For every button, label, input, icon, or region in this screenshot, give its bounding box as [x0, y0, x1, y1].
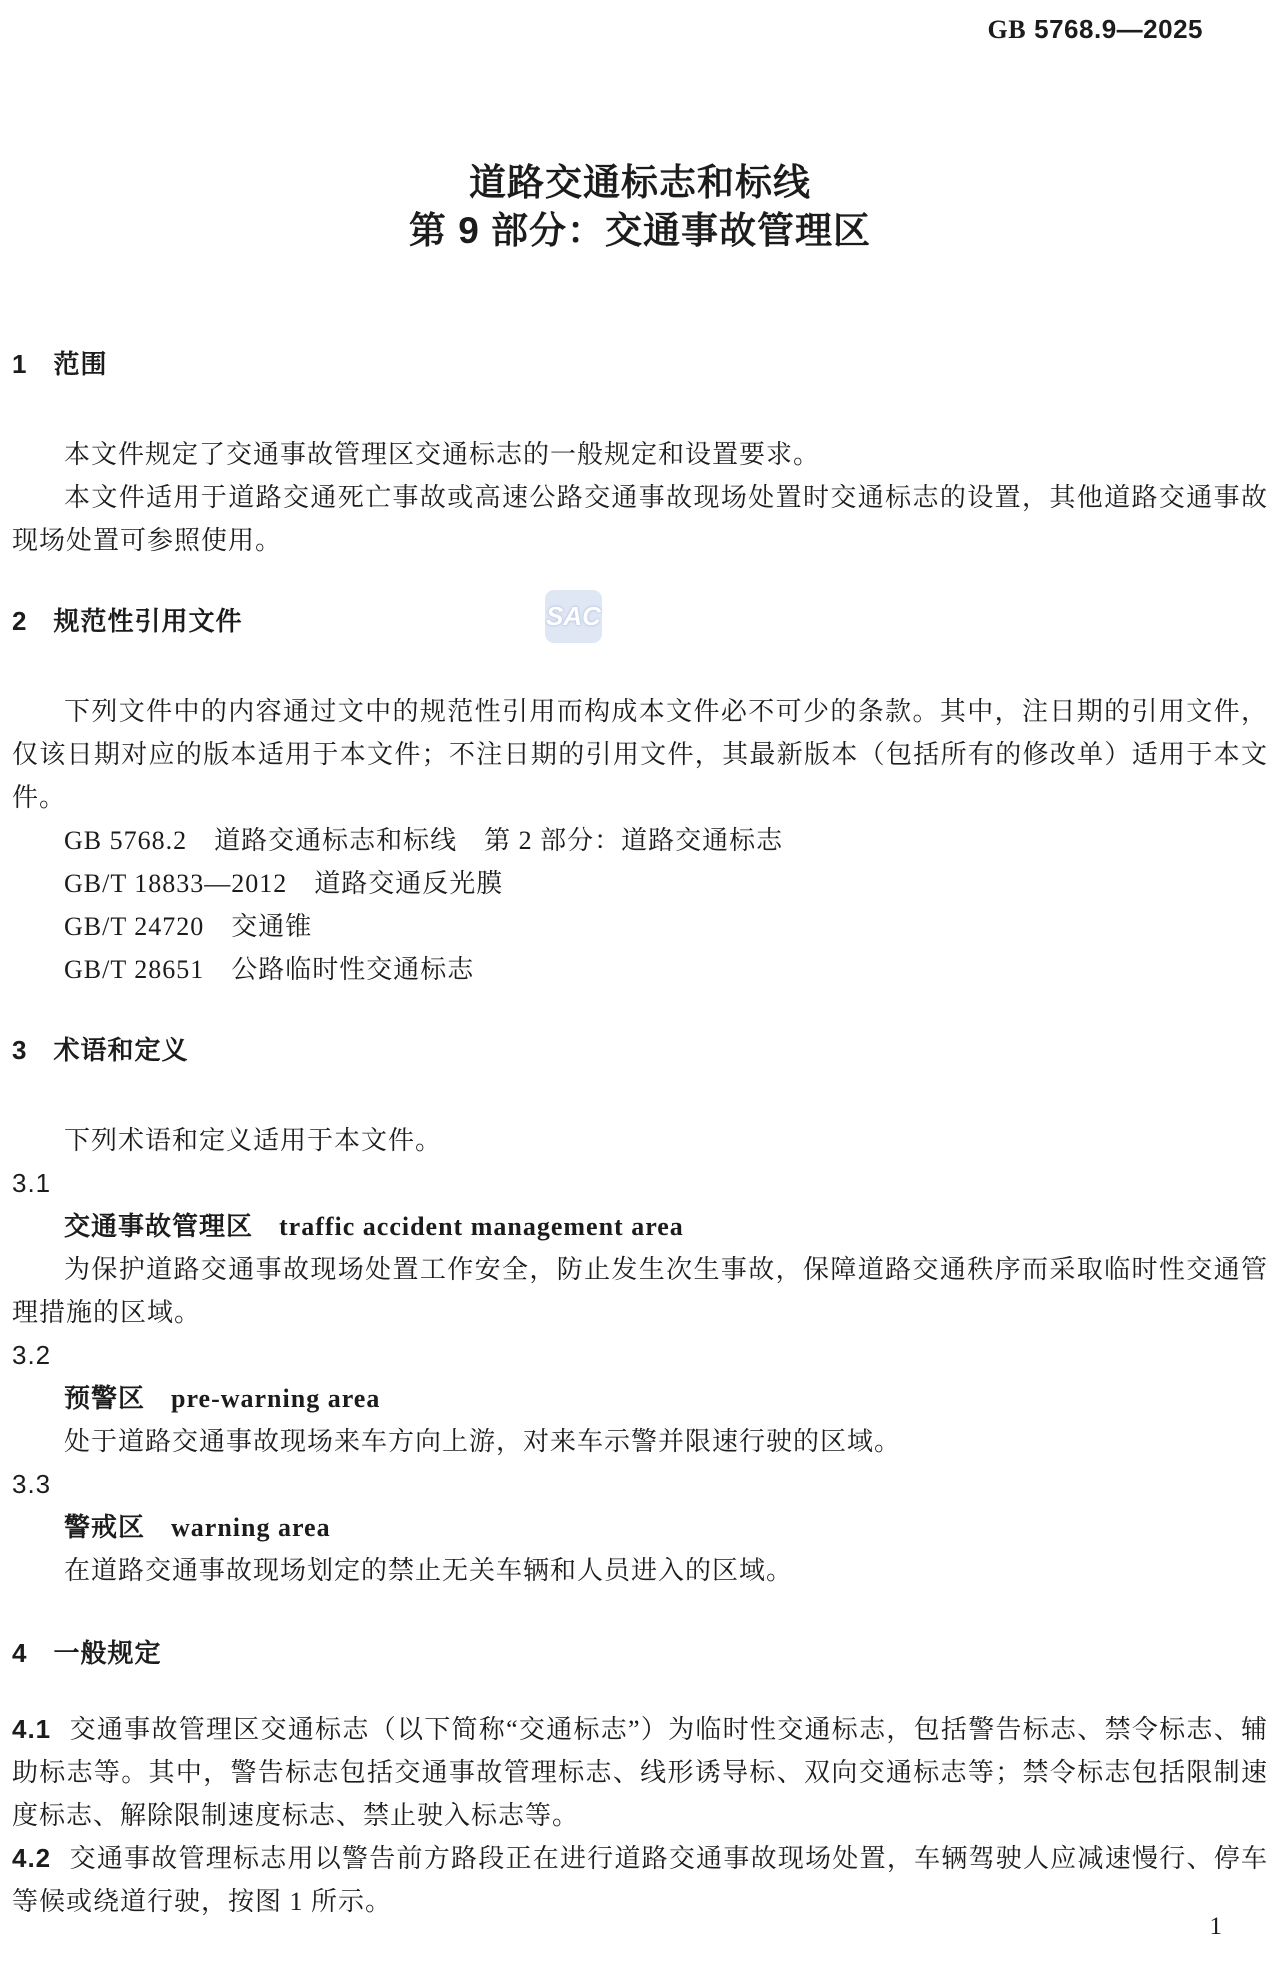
- standard-code-prefix: GB: [988, 15, 1027, 44]
- sac-watermark-text: SAC: [546, 601, 601, 632]
- term-english: traffic accident management area: [279, 1212, 684, 1241]
- section-3-title: 术语和定义: [53, 1035, 188, 1065]
- term-entry: 3.1 交通事故管理区traffic accident management a…: [12, 1162, 1268, 1334]
- title-line-2: 第 9 部分：交通事故管理区: [12, 207, 1268, 255]
- section-2-title: 规范性引用文件: [53, 606, 242, 636]
- term-chinese: 交通事故管理区: [64, 1211, 253, 1241]
- section-1-paragraph-2: 本文件适用于道路交通死亡事故或高速公路交通事故现场处置时交通标志的设置，其他道路…: [12, 476, 1268, 562]
- clause-text: 交通事故管理标志用以警告前方路段正在进行道路交通事故现场处置，车辆驾驶人应减速慢…: [12, 1844, 1268, 1916]
- section-2-paragraph-1: 下列文件中的内容通过文中的规范性引用而构成本文件必不可少的条款。其中，注日期的引…: [12, 690, 1268, 819]
- term-english: pre-warning area: [171, 1384, 380, 1413]
- normative-reference: GB 5768.2 道路交通标志和标线 第 2 部分：道路交通标志: [12, 819, 1268, 862]
- term-title-line: 警戒区warning area: [12, 1506, 1268, 1549]
- document-header: GB5768.9—2025: [12, 14, 1268, 45]
- page-number: 1: [1210, 1912, 1223, 1942]
- term-title-line: 交通事故管理区traffic accident management area: [12, 1205, 1268, 1248]
- standard-document-page: GB5768.9—2025 道路交通标志和标线 第 9 部分：交通事故管理区 S…: [0, 0, 1280, 1968]
- section-2-number: 2: [12, 606, 27, 636]
- normative-reference: GB/T 28651 公路临时性交通标志: [12, 948, 1268, 991]
- section-1-title: 范围: [53, 349, 107, 379]
- term-definition: 在道路交通事故现场划定的禁止无关车辆和人员进入的区域。: [12, 1549, 1268, 1592]
- standard-code-number: 5768.9—2025: [1034, 14, 1203, 44]
- term-clause-number: 3.1: [12, 1162, 1268, 1205]
- sac-watermark: SAC: [545, 590, 602, 643]
- section-3-paragraph-1: 下列术语和定义适用于本文件。: [12, 1119, 1268, 1162]
- term-clause-number: 3.2: [12, 1334, 1268, 1377]
- clause-number: 4.1: [12, 1714, 51, 1744]
- section-1-heading: 1范围: [12, 347, 1268, 381]
- term-entry: 3.3 警戒区warning area 在道路交通事故现场划定的禁止无关车辆和人…: [12, 1463, 1268, 1592]
- section-1-paragraph-1: 本文件规定了交通事故管理区交通标志的一般规定和设置要求。: [12, 433, 1268, 476]
- term-chinese: 警戒区: [64, 1512, 145, 1542]
- clause-text: 交通事故管理区交通标志（以下简称“交通标志”）为临时性交通标志，包括警告标志、禁…: [12, 1715, 1268, 1830]
- term-english: warning area: [171, 1513, 331, 1542]
- section-3-number: 3: [12, 1035, 27, 1065]
- document-title: 道路交通标志和标线 第 9 部分：交通事故管理区: [12, 159, 1268, 255]
- term-title-line: 预警区pre-warning area: [12, 1377, 1268, 1420]
- normative-reference: GB/T 18833—2012 道路交通反光膜: [12, 862, 1268, 905]
- clause-number: 4.2: [12, 1843, 51, 1873]
- term-entry: 3.2 预警区pre-warning area 处于道路交通事故现场来车方向上游…: [12, 1334, 1268, 1463]
- term-definition: 处于道路交通事故现场来车方向上游，对来车示警并限速行驶的区域。: [12, 1420, 1268, 1463]
- section-4-title: 一般规定: [53, 1638, 161, 1668]
- section-3-heading: 3术语和定义: [12, 1033, 1268, 1067]
- section-4-heading: 4一般规定: [12, 1636, 1268, 1670]
- clause-4-1: 4.1交通事故管理区交通标志（以下简称“交通标志”）为临时性交通标志，包括警告标…: [12, 1708, 1268, 1837]
- term-definition: 为保护道路交通事故现场处置工作安全，防止发生次生事故，保障道路交通秩序而采取临时…: [12, 1248, 1268, 1334]
- clause-4-2: 4.2交通事故管理标志用以警告前方路段正在进行道路交通事故现场处置，车辆驾驶人应…: [12, 1837, 1268, 1923]
- section-4-number: 4: [12, 1638, 27, 1668]
- section-2-heading: 2规范性引用文件: [12, 604, 1268, 638]
- normative-reference: GB/T 24720 交通锥: [12, 905, 1268, 948]
- term-chinese: 预警区: [64, 1383, 145, 1413]
- section-1-number: 1: [12, 349, 27, 379]
- title-line-1: 道路交通标志和标线: [12, 159, 1268, 207]
- term-clause-number: 3.3: [12, 1463, 1268, 1506]
